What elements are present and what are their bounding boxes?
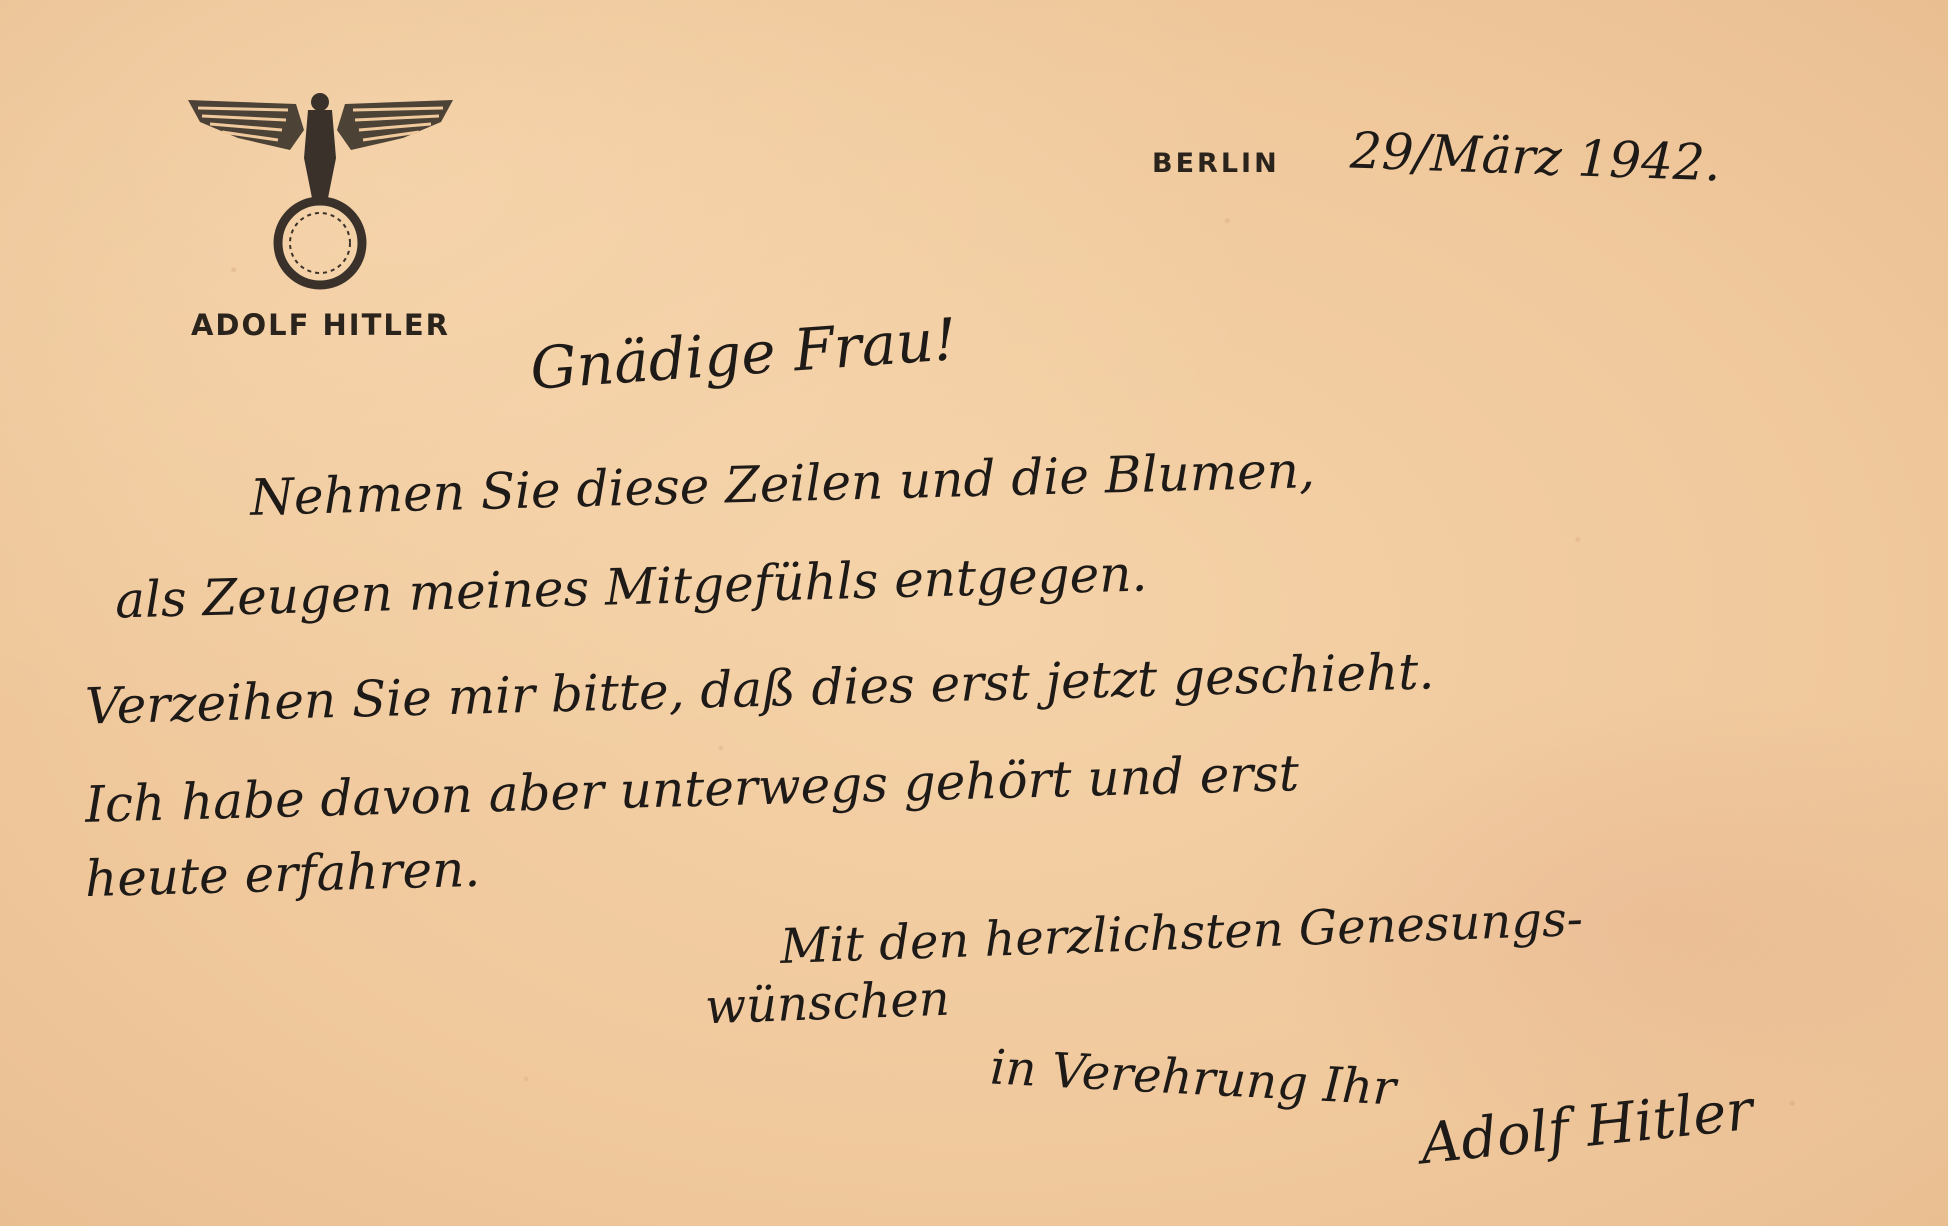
letterhead-place: BERLIN (1152, 148, 1280, 179)
handwritten-date: 29/März 1942. (1349, 122, 1722, 193)
greeting: Gnädige Frau! (528, 305, 959, 403)
signature: Adolf Hitler (1418, 1078, 1756, 1178)
letter-page: ADOLF HITLER BERLIN 29/März 1942. Gnädig… (0, 0, 1948, 1226)
body-line: heute erfahren. (84, 840, 481, 908)
closing-line: Mit den herzlichsten Genesungs- (779, 891, 1583, 975)
signoff: in Verehrung Ihr (989, 1039, 1397, 1116)
letterhead-name: ADOLF HITLER (178, 308, 463, 342)
eagle-emblem-icon (178, 88, 463, 293)
body-line: Ich habe davon aber unterwegs gehört und… (84, 744, 1299, 834)
body-line: als Zeugen meines Mitgefühls entgegen. (114, 544, 1148, 629)
closing-line: wünschen (704, 971, 950, 1036)
body-line: Verzeihen Sie mir bitte, daß dies erst j… (84, 642, 1435, 735)
body-line: Nehmen Sie diese Zeilen und die Blumen, (249, 441, 1315, 527)
